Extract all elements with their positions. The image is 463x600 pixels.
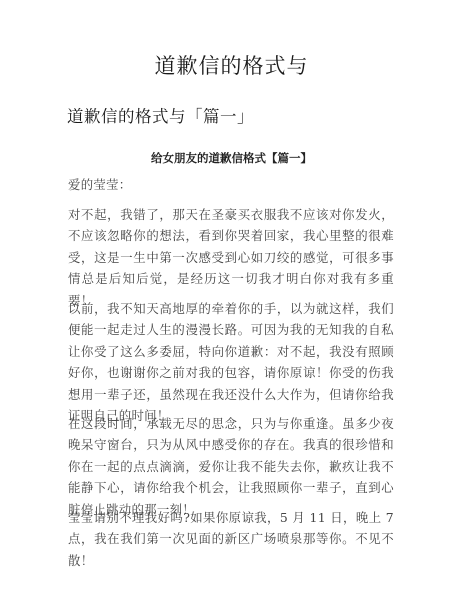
letter-greeting: 爱的莹莹： xyxy=(68,174,394,195)
page-title: 道歉信的格式与 xyxy=(0,52,463,80)
letter-title: 给女朋友的道歉信格式【篇一】 xyxy=(0,150,463,166)
section-heading: 道歉信的格式与「篇一」 xyxy=(67,105,254,129)
paragraph-text: 在这段时间，承载无尽的思念，只为与你重逢。虽多少夜晚呆守窗台，只为从风中感受你的… xyxy=(68,413,394,520)
paragraph-2: 以前，我不知天高地厚的牵着你的手，以为就这样，我们便能一起走过人生的漫漫长路。可… xyxy=(68,298,394,426)
document-page: 道歉信的格式与 道歉信的格式与「篇一」 给女朋友的道歉信格式【篇一】 爱的莹莹：… xyxy=(0,0,463,600)
paragraph-4: 莹莹请别不理我好吗?如果你原谅我，5 月 11 日，晚上 7 点，我在我们第一次… xyxy=(68,507,394,571)
paragraph-text: 对不起，我错了，那天在圣豪买衣服我不应该对你发火，不应该忽略你的想法，看到你哭着… xyxy=(68,204,394,311)
paragraph-text: 以前，我不知天高地厚的牵着你的手，以为就这样，我们便能一起走过人生的漫漫长路。可… xyxy=(68,298,394,426)
greeting-text: 爱的莹莹： xyxy=(68,174,394,195)
paragraph-1: 对不起，我错了，那天在圣豪买衣服我不应该对你发火，不应该忽略你的想法，看到你哭着… xyxy=(68,204,394,311)
paragraph-3: 在这段时间，承载无尽的思念，只为与你重逢。虽多少夜晚呆守窗台，只为从风中感受你的… xyxy=(68,413,394,520)
paragraph-text: 莹莹请别不理我好吗?如果你原谅我，5 月 11 日，晚上 7 点，我在我们第一次… xyxy=(68,507,394,571)
